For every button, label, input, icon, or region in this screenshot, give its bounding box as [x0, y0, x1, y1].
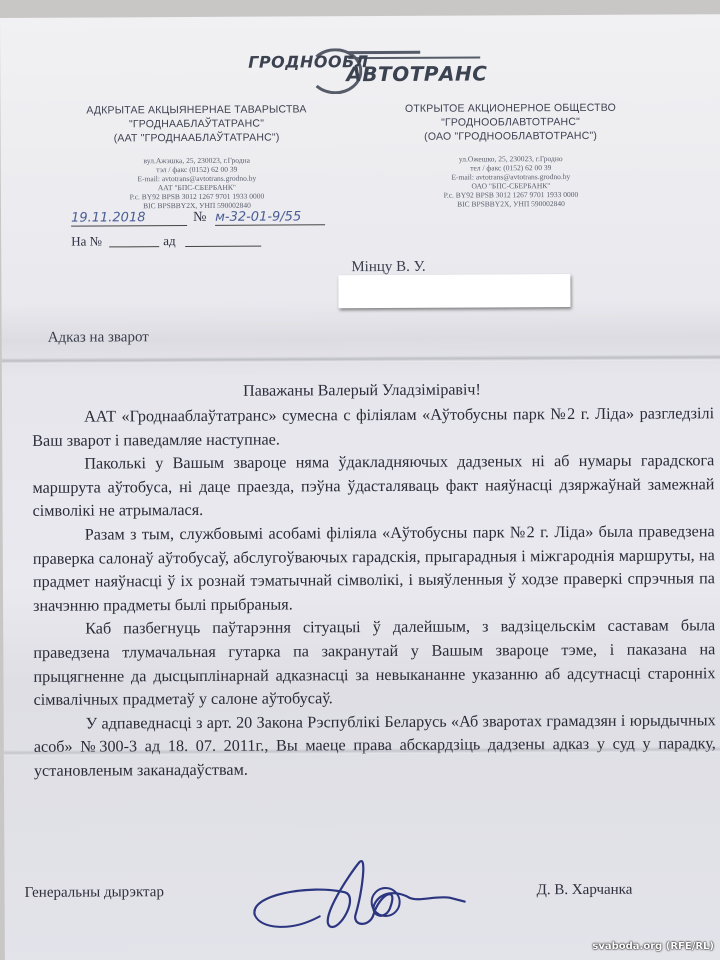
- letter-page: ГРОДНООБЛ АВТОТРАНС АДКРЫТАЕ АКЦЫЯНЕРНАЕ…: [0, 14, 720, 960]
- letterhead-belarusian: АДКРЫТАЕ АКЦЫЯНЕРНАЕ ТАВАРЫСТВА "ГРОДНАА…: [46, 102, 347, 211]
- paper-fold: [2, 354, 720, 364]
- org-abbrev: (ОАО "ГРОДНООБЛАВТОТРАНС"): [361, 129, 661, 145]
- org-type: АДКРЫТАЕ АКЦЫЯНЕРНАЕ ТАВАРЫСТВА: [46, 102, 346, 118]
- number-label: №: [193, 210, 206, 226]
- salutation: Паважаны Валерый Уладзіміравіч!: [2, 380, 720, 402]
- reply-number-label: На №: [71, 233, 102, 249]
- recipient-name: Мінцу В. У.: [351, 259, 425, 276]
- reply-from-label: ад: [163, 233, 175, 249]
- logo-text-part2: АВТОТРАНС: [346, 61, 487, 86]
- paragraph: Паколькі у Вашым звароце няма ўдакладняю…: [32, 449, 714, 523]
- signature-icon: [249, 854, 479, 935]
- org-type: ОТКРЫТОЕ АКЦИОНЕРНОЕ ОБЩЕСТВО: [360, 101, 660, 117]
- letterhead-russian: ОТКРЫТОЕ АКЦИОНЕРНОЕ ОБЩЕСТВО "ГРОДНООБЛ…: [360, 101, 661, 210]
- paragraph: Каб пазбегнуць паўтарэння сітуацыі ў дал…: [33, 615, 715, 713]
- org-abbrev: (ААТ "ГРОДНААБЛАЎТАТРАНС"): [47, 130, 347, 146]
- org-bic: BIC BPSBBY2X, УНП 590002840: [361, 199, 661, 210]
- reply-number-blank: [109, 246, 159, 247]
- letter-body: ААТ «Гроднааблаўтатранс» сумесна с філія…: [32, 402, 716, 783]
- signer-title: Генеральны дырэктар: [25, 884, 164, 902]
- redaction-box: [338, 274, 570, 308]
- org-name: "ГРОДНООБЛАВТОТРАНС": [361, 115, 661, 131]
- subject-line: Адказ на зварот: [48, 329, 149, 347]
- signer-name: Д. В. Харчанка: [537, 882, 633, 900]
- paragraph: Разам з тым, службовымі асобамі філіяла …: [33, 520, 715, 618]
- photo-credit: svaboda.org (RFE/RL): [592, 941, 714, 952]
- letter-number: м-32-01-9/55: [215, 209, 325, 226]
- letter-date: 19.11.2018: [71, 210, 187, 227]
- paragraph: ААТ «Гроднааблаўтатранс» сумесна с філія…: [32, 402, 714, 453]
- company-logo: ГРОДНООБЛ АВТОТРАНС: [248, 45, 488, 88]
- reply-date-blank: [185, 246, 261, 247]
